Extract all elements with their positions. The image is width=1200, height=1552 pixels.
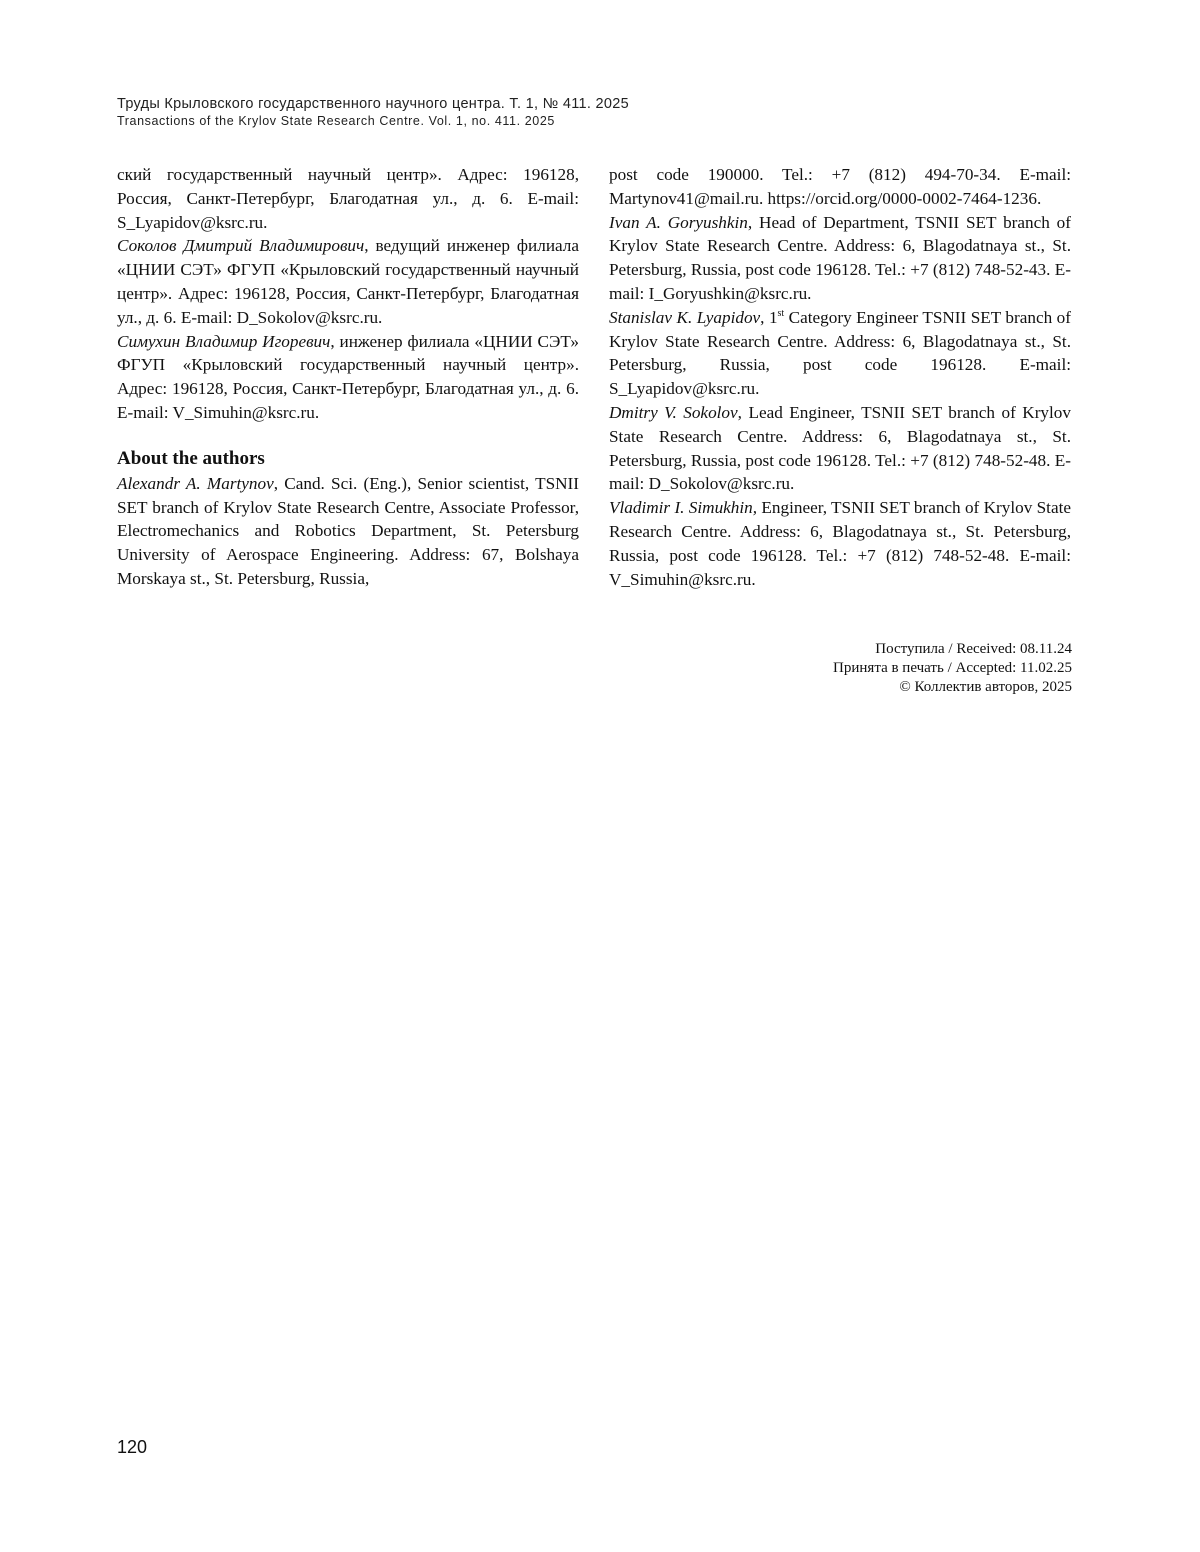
running-head: Труды Крыловского государственного научн… xyxy=(117,95,629,129)
author-name: Alexandr A. Martynov xyxy=(117,474,274,493)
page-number: 120 xyxy=(117,1437,147,1458)
copyright-notice: © Коллектив авторов, 2025 xyxy=(833,678,1072,697)
submission-dates: Поступила / Received: 08.11.24 Принята в… xyxy=(833,640,1072,697)
author-entry-en-martynov: Alexandr A. Martynov, Cand. Sci. (Eng.),… xyxy=(117,472,579,591)
author-name: Stanislav K. Lyapidov xyxy=(609,308,760,327)
journal-title-en: Transactions of the Krylov State Researc… xyxy=(117,113,629,129)
author-entry-ru-sokolov: Соколов Дмитрий Владимирович, ведущий ин… xyxy=(117,234,579,329)
received-date: Поступила / Received: 08.11.24 xyxy=(833,640,1072,659)
author-name: Vladimir I. Simukhin, xyxy=(609,498,757,517)
continuation-paragraph: post code 190000. Tel.: +7 (812) 494-70-… xyxy=(609,163,1071,211)
author-entry-en-simukhin: Vladimir I. Simukhin, Engineer, TSNII SE… xyxy=(609,496,1071,591)
author-entry-en-sokolov: Dmitry V. Sokolov, Lead Engineer, TSNII … xyxy=(609,401,1071,496)
author-position-prefix: , 1 xyxy=(760,308,777,327)
author-entry-en-goryushkin: Ivan A. Goryushkin, Head of Department, … xyxy=(609,211,1071,306)
left-column: ский государственный научный центр». Адр… xyxy=(117,163,579,591)
continuation-paragraph: ский государственный научный центр». Адр… xyxy=(117,163,579,234)
author-name: Ivan A. Goryushkin xyxy=(609,213,748,232)
journal-title-ru: Труды Крыловского государственного научн… xyxy=(117,95,629,113)
author-entry-ru-simukhin: Симухин Владимир Игоревич, инженер филиа… xyxy=(117,330,579,425)
author-name: Симухин Владимир Игоревич xyxy=(117,332,330,351)
author-name: Dmitry V. Sokolov xyxy=(609,403,738,422)
author-entry-en-lyapidov: Stanislav K. Lyapidov, 1st Category Engi… xyxy=(609,306,1071,401)
section-title-about-authors: About the authors xyxy=(117,447,579,471)
right-column: post code 190000. Tel.: +7 (812) 494-70-… xyxy=(609,163,1071,591)
accepted-date: Принята в печать / Accepted: 11.02.25 xyxy=(833,659,1072,678)
author-name: Соколов Дмитрий Владимирович xyxy=(117,236,364,255)
